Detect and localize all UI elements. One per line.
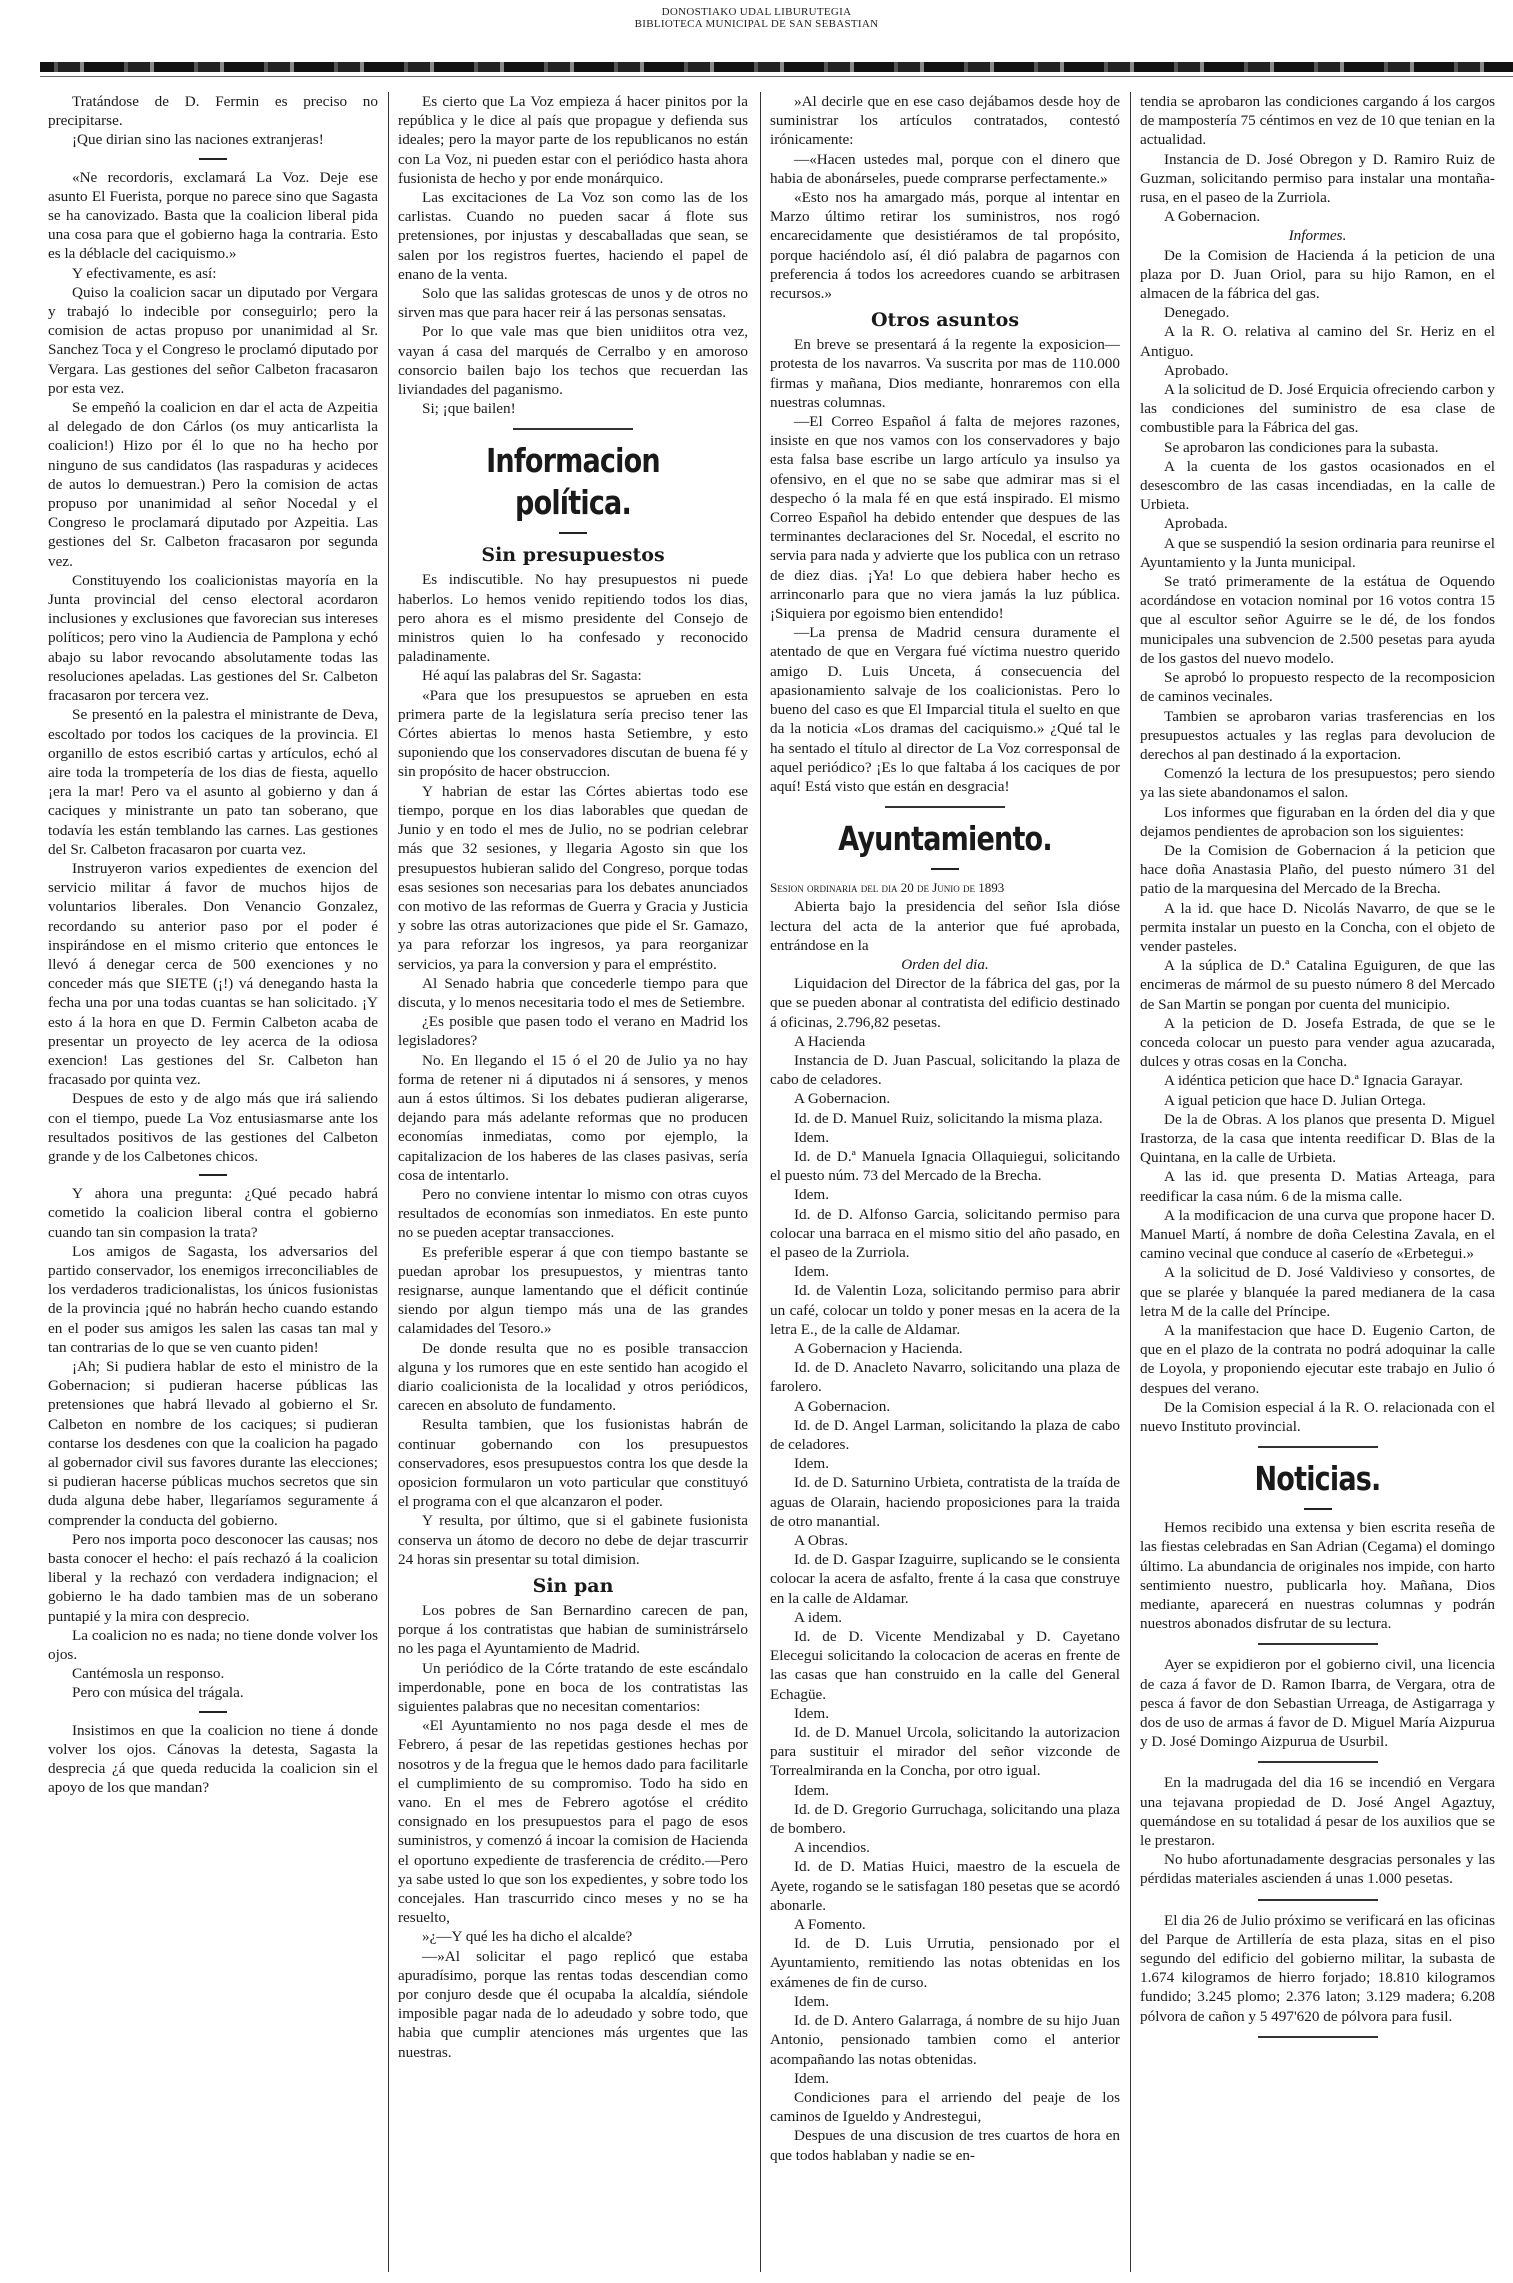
separator <box>885 806 1005 808</box>
paragraph: A incendios. <box>770 1838 1120 1857</box>
paragraph: Los informes que figuraban en la órden d… <box>1140 803 1495 841</box>
paragraph: En la madrugada del dia 16 se incendió e… <box>1140 1773 1495 1850</box>
paragraph: Despues de una discusion de tres cuartos… <box>770 2126 1120 2164</box>
paragraph: Es cierto que La Voz empieza á hacer pin… <box>398 92 748 188</box>
paragraph: La coalicion no es nada; no tiene donde … <box>48 1626 378 1664</box>
paragraph: —»Al solicitar el pago replicó que estab… <box>398 1947 748 2062</box>
paragraph: Despues de esto y de algo más que irá sa… <box>48 1089 378 1166</box>
separator <box>199 158 227 160</box>
paragraph: Insistimos en que la coalicion no tiene … <box>48 1721 378 1798</box>
separator <box>931 868 959 870</box>
paragraph: Y efectivamente, es así: <box>48 264 378 283</box>
paragraph: «Esto nos ha amargado más, porque al int… <box>770 188 1120 303</box>
library-name-spanish: BIBLIOTECA MUNICIPAL DE SAN SEBASTIAN <box>0 18 1513 30</box>
column-1: Tratándose de D. Fermin es preciso no pr… <box>48 92 378 1797</box>
section-heading-informacion-politica: Informacion política. <box>430 440 717 524</box>
paragraph: ¿Es posible que pasen todo el verano en … <box>398 1012 748 1050</box>
subheading-otros-asuntos: Otros asuntos <box>770 307 1120 333</box>
paragraph: Un periódico de la Córte tratando de est… <box>398 1659 748 1717</box>
paragraph: Aprobada. <box>1140 514 1495 533</box>
paragraph: Los pobres de San Bernardino carecen de … <box>398 1601 748 1659</box>
paragraph: Id. de D. Luis Urrutia, pensionado por e… <box>770 1934 1120 1992</box>
paragraph: Se trató primeramente de la estátua de O… <box>1140 572 1495 668</box>
paragraph: A Gobernacion y Hacienda. <box>770 1339 1120 1358</box>
paragraph: Se aprobaron las condiciones para la sub… <box>1140 438 1495 457</box>
paragraph: De la Comision especial á la R. O. relac… <box>1140 1398 1495 1436</box>
paragraph: Idem. <box>770 1992 1120 2011</box>
column-2: Es cierto que La Voz empieza á hacer pin… <box>398 92 748 2062</box>
paragraph: Idem. <box>770 2069 1120 2088</box>
section-heading-noticias: Noticias. <box>1172 1458 1463 1500</box>
paragraph: Idem. <box>770 1185 1120 1204</box>
separator <box>513 428 633 430</box>
separator <box>1258 2036 1378 2038</box>
paragraph: En breve se presentará á la regente la e… <box>770 335 1120 412</box>
paragraph: Las excitaciones de La Voz son como las … <box>398 188 748 284</box>
informes-heading: Informes. <box>1140 226 1495 245</box>
paragraph: Id. de D. Gregorio Gurruchaga, solicitan… <box>770 1800 1120 1838</box>
paragraph: No hubo afortunadamente desgracias perso… <box>1140 1850 1495 1888</box>
masthead-rule <box>40 76 1513 77</box>
paragraph: A la súplica de D.ª Catalina Eguiguren, … <box>1140 956 1495 1014</box>
paragraph: Al Senado habria que concederle tiempo p… <box>398 974 748 1012</box>
separator <box>1258 1446 1378 1448</box>
paragraph: Id. de D. Manuel Ruiz, solicitando la mi… <box>770 1109 1120 1128</box>
paragraph: A la peticion de D. Josefa Estrada, de q… <box>1140 1014 1495 1072</box>
paragraph: Id. de D. Anacleto Navarro, solicitando … <box>770 1358 1120 1396</box>
column-4: tendia se aprobaron las condiciones carg… <box>1140 92 1495 2048</box>
paragraph: «Para que los presupuestos se aprueben e… <box>398 686 748 782</box>
paragraph: Instancia de D. José Obregon y D. Ramiro… <box>1140 150 1495 208</box>
paragraph: tendia se aprobaron las condiciones carg… <box>1140 92 1495 150</box>
paragraph: Los amigos de Sagasta, los adversarios d… <box>48 1242 378 1357</box>
paragraph: A que se suspendió la sesion ordinaria p… <box>1140 534 1495 572</box>
paragraph: De la Comision de Gobernacion á la petic… <box>1140 841 1495 899</box>
paragraph: A Gobernacion. <box>770 1397 1120 1416</box>
paragraph: Se presentó en la palestra el ministrant… <box>48 705 378 859</box>
paragraph: Constituyendo los coalicionistas mayoría… <box>48 571 378 705</box>
paragraph: A Gobernacion. <box>1140 207 1495 226</box>
subheading-sin-presupuestos: Sin presupuestos <box>398 542 748 568</box>
paragraph: Comenzó la lectura de los presupuestos; … <box>1140 764 1495 802</box>
paragraph: A la R. O. relativa al camino del Sr. He… <box>1140 322 1495 360</box>
section-heading-ayuntamiento: Ayuntamiento. <box>802 818 1089 860</box>
paragraph: Se aprobó lo propuesto respecto de la re… <box>1140 668 1495 706</box>
paragraph: A la solicitud de D. José Erquicia ofrec… <box>1140 380 1495 438</box>
paragraph: A Hacienda <box>770 1032 1120 1051</box>
paragraph: A la solicitud de D. José Valdivieso y c… <box>1140 1263 1495 1321</box>
paragraph: De la Comision de Hacienda á la peticion… <box>1140 246 1495 304</box>
paragraph: «El Ayuntamiento no nos paga desde el me… <box>398 1716 748 1927</box>
orden-del-dia-heading: Orden del dia. <box>770 955 1120 974</box>
paragraph: Cantémosla un responso. <box>48 1664 378 1683</box>
paragraph: A idéntica peticion que hace D.ª Ignacia… <box>1140 1071 1495 1090</box>
paragraph: Y habrian de estar las Córtes abiertas t… <box>398 782 748 974</box>
masthead-border <box>40 62 1513 72</box>
paragraph: ¡Que dirian sino las naciones extranjera… <box>48 130 378 149</box>
paragraph: A igual peticion que hace D. Julian Orte… <box>1140 1091 1495 1110</box>
separator <box>199 1711 227 1713</box>
paragraph: Por lo que vale mas que bien unidiitos o… <box>398 322 748 399</box>
paragraph: No. En llegando el 15 ó el 20 de Julio y… <box>398 1051 748 1185</box>
paragraph: Idem. <box>770 1128 1120 1147</box>
library-header: DONOSTIAKO UDAL LIBURUTEGIA BIBLIOTECA M… <box>0 6 1513 30</box>
paragraph: Ayer se expidieron por el gobierno civil… <box>1140 1655 1495 1751</box>
paragraph: Id. de D. Alfonso Garcia, solicitando pe… <box>770 1205 1120 1263</box>
column-3: »Al decirle que en ese caso dejábamos de… <box>770 92 1120 2165</box>
paragraph: Id. de D.ª Manuela Ignacia Ollaquiegui, … <box>770 1147 1120 1185</box>
paragraph: Id. de D. Saturnino Urbieta, contratista… <box>770 1473 1120 1531</box>
paragraph: Id. de D. Matias Huici, maestro de la es… <box>770 1857 1120 1915</box>
paragraph: »Al decirle que en ese caso dejábamos de… <box>770 92 1120 150</box>
paragraph: A Fomento. <box>770 1915 1120 1934</box>
paragraph: Y resulta, por último, que si el gabinet… <box>398 1511 748 1569</box>
paragraph: El dia 26 de Julio próximo se verificará… <box>1140 1911 1495 2026</box>
paragraph: Es indiscutible. No hay presupuestos ni … <box>398 570 748 666</box>
paragraph: Hé aquí las palabras del Sr. Sagasta: <box>398 666 748 685</box>
paragraph: —«Hacen ustedes mal, porque con el diner… <box>770 150 1120 188</box>
paragraph: Id. de D. Gaspar Izaguirre, suplicando s… <box>770 1550 1120 1608</box>
library-name-basque: DONOSTIAKO UDAL LIBURUTEGIA <box>0 6 1513 18</box>
separator <box>1258 1899 1378 1901</box>
paragraph: Liquidacion del Director de la fábrica d… <box>770 974 1120 1032</box>
paragraph: Idem. <box>770 1704 1120 1723</box>
informes-label: Informes. <box>1289 227 1347 244</box>
column-divider <box>388 92 389 2272</box>
paragraph: Id. de D. Vicente Mendizabal y D. Cayeta… <box>770 1627 1120 1704</box>
separator <box>199 1174 227 1176</box>
paragraph: A las id. que presenta D. Matias Arteaga… <box>1140 1167 1495 1205</box>
column-divider <box>1130 92 1131 2272</box>
paragraph: »¿—Y qué les ha dicho el alcalde? <box>398 1927 748 1946</box>
paragraph: Idem. <box>770 1781 1120 1800</box>
paragraph: Pero nos importa poco desconocer las cau… <box>48 1530 378 1626</box>
paragraph: A idem. <box>770 1608 1120 1627</box>
paragraph: Id. de Valentin Loza, solicitando permis… <box>770 1281 1120 1339</box>
paragraph: Hemos recibido una extensa y bien escrit… <box>1140 1518 1495 1633</box>
paragraph: Solo que las salidas grotescas de unos y… <box>398 284 748 322</box>
paragraph: Idem. <box>770 1454 1120 1473</box>
paragraph: Si; ¡que bailen! <box>398 399 748 418</box>
paragraph: A la modificacion de una curva que propo… <box>1140 1206 1495 1264</box>
paragraph: Se empeñó la coalicion en dar el acta de… <box>48 398 378 571</box>
paragraph: Y ahora una pregunta: ¿Qué pecado habrá … <box>48 1184 378 1242</box>
paragraph: ¡Ah; Si pudiera hablar de esto el minist… <box>48 1357 378 1530</box>
separator <box>1304 1508 1332 1510</box>
paragraph: Id. de D. Manuel Urcola, solicitando la … <box>770 1723 1120 1781</box>
paragraph: Abierta bajo la presidencia del señor Is… <box>770 897 1120 955</box>
session-dateline: Sesion ordinaria del dia 20 de Junio de … <box>770 878 1120 897</box>
separator <box>1258 1643 1378 1645</box>
paragraph: Resulta tambien, que los fusionistas hab… <box>398 1415 748 1511</box>
paragraph: De la de Obras. A los planos que present… <box>1140 1110 1495 1168</box>
paragraph: Id. de D. Antero Galarraga, á nombre de … <box>770 2011 1120 2069</box>
paragraph: Instruyeron varios expedientes de exenci… <box>48 859 378 1089</box>
column-divider <box>760 92 761 2272</box>
paragraph: Condiciones para el arriendo del peaje d… <box>770 2088 1120 2126</box>
paragraph: Instancia de D. Juan Pascual, solicitand… <box>770 1051 1120 1089</box>
paragraph: Pero no conviene intentar lo mismo con o… <box>398 1185 748 1243</box>
paragraph: Idem. <box>770 1262 1120 1281</box>
paragraph: Quiso la coalicion sacar un diputado por… <box>48 283 378 398</box>
paragraph: Tratándose de D. Fermin es preciso no pr… <box>48 92 378 130</box>
paragraph: Es preferible esperar á que con tiempo b… <box>398 1243 748 1339</box>
paragraph: Tambien se aprobaron varias trasferencia… <box>1140 707 1495 765</box>
orden-del-dia-label: Orden del dia. <box>901 956 989 973</box>
paragraph: Pero con música del trágala. <box>48 1683 378 1702</box>
paragraph: Id. de D. Angel Larman, solicitando la p… <box>770 1416 1120 1454</box>
subheading-sin-pan: Sin pan <box>398 1573 748 1599</box>
paragraph: A la cuenta de los gastos ocasionados en… <box>1140 457 1495 515</box>
paragraph: Aprobado. <box>1140 361 1495 380</box>
paragraph: Denegado. <box>1140 303 1495 322</box>
separator <box>1258 1761 1378 1763</box>
paragraph: A Gobernacion. <box>770 1089 1120 1108</box>
paragraph: «Ne recordoris, exclamará La Voz. Deje e… <box>48 168 378 264</box>
paragraph: A la id. que hace D. Nicolás Navarro, de… <box>1140 899 1495 957</box>
paragraph: A la manifestacion que hace D. Eugenio C… <box>1140 1321 1495 1398</box>
paragraph: De donde resulta que no es posible trans… <box>398 1339 748 1416</box>
paragraph: —El Correo Español á falta de mejores ra… <box>770 412 1120 623</box>
separator <box>559 532 587 534</box>
paragraph: —La prensa de Madrid censura duramente e… <box>770 623 1120 796</box>
paragraph: A Obras. <box>770 1531 1120 1550</box>
